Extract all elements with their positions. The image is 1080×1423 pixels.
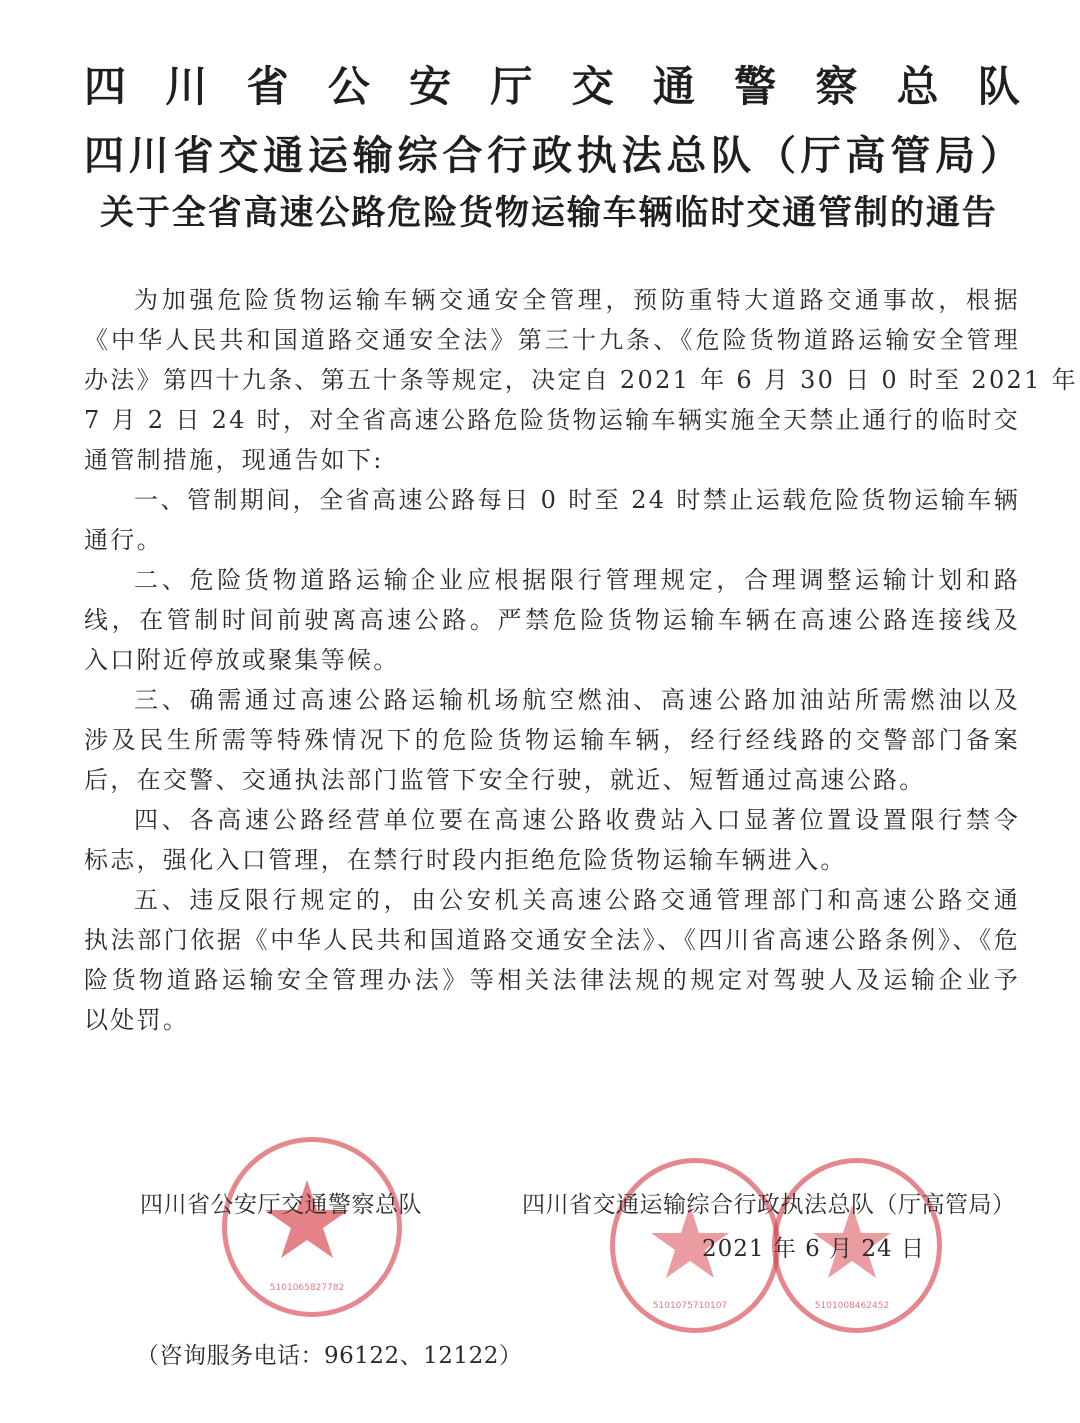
title-char: 安: [409, 66, 451, 108]
title-char: 通: [782, 196, 816, 230]
text-line: 五、违反限行规定的，由公安机关高速公路交通管理部门和高速公路交通: [84, 880, 1020, 920]
text-line: 为加强危险货物运输车辆交通安全管理，预防重特大道路交通事故，根据: [84, 280, 1020, 320]
title-char: 货: [459, 196, 493, 230]
text-line: 涉及民生所需等特殊情况下的危险货物运输车辆，经行经线路的交警部门备案: [84, 720, 1020, 760]
signature-transport: 四川省交通运输综合行政执法总队（厅高管局）: [522, 1186, 1016, 1219]
notice-subject-title: 关 于 全 省 高 速 公 路 危 险 货 物 运 输 车 辆 临 时 交 通 …: [100, 196, 996, 230]
title-char: 管: [818, 196, 852, 230]
text-line: 三、确需通过高速公路运输机场航空燃油、高速公路加油站所需燃油以及: [84, 680, 1020, 720]
title-char: 管: [890, 136, 930, 176]
svg-text:5101075710107: 5101075710107: [653, 1301, 727, 1311]
title-char: 险: [423, 196, 457, 230]
title-char: 执: [577, 136, 617, 176]
title-char: 行: [487, 136, 527, 176]
text-line: 后，在交警、交通执法部门监管下安全行驶，就近、短暂通过高速公路。: [84, 760, 1020, 800]
title-char: 厅: [490, 66, 532, 108]
text-line: 一、管制期间，全省高速公路每日 0 时至 24 时禁止运载危险货物运输车辆: [84, 480, 1020, 520]
text-line: 执法部门依据《中华人民共和国道路交通安全法》、《四川省高速公路条例》、《危: [84, 920, 1020, 960]
item-2-paragraph: 二、危险货物道路运输企业应根据限行管理规定，合理调整运输计划和路 线，在管制时间…: [84, 560, 1020, 680]
title-char: 总: [897, 66, 939, 108]
title-char: 临: [675, 196, 709, 230]
issuer-title-police: 四 川 省 公 安 厅 交 通 警 察 总 队: [84, 66, 1020, 108]
text-line: 二、危险货物道路运输企业应根据限行管理规定，合理调整运输计划和路: [84, 560, 1020, 600]
title-char: 总: [666, 136, 706, 176]
text-line: 四、各高速公路经营单位要在高速公路收费站入口显著位置设置限行禁令: [84, 800, 1020, 840]
title-char: 综: [398, 136, 438, 176]
text-line: 以处罚。: [84, 1000, 1020, 1040]
title-char: 政: [532, 136, 572, 176]
text-line: 通管制措施，现通告如下:: [84, 440, 1020, 480]
title-char: 运: [308, 136, 348, 176]
signature-police: 四川省公安厅交通警察总队: [140, 1186, 422, 1219]
contact-hotline: （咨询服务电话：96122、12122）: [136, 1337, 522, 1370]
text-line: 7 月 2 日 24 时，对全省高速公路危险货物运输车辆实施全天禁止通行的临时交: [84, 400, 1020, 440]
title-char: 法: [622, 136, 662, 176]
title-char: （: [756, 136, 796, 176]
title-char: 省: [208, 196, 242, 230]
intro-paragraph: 为加强危险货物运输车辆交通安全管理，预防重特大道路交通事故，根据 《中华人民共和…: [84, 280, 1020, 480]
title-char: 运: [531, 196, 565, 230]
item-5-paragraph: 五、违反限行规定的，由公安机关高速公路交通管理部门和高速公路交通 执法部门依据《…: [84, 880, 1020, 1040]
item-4-paragraph: 四、各高速公路经营单位要在高速公路收费站入口显著位置设置限行禁令 标志，强化入口…: [84, 800, 1020, 880]
title-char: 局: [935, 136, 975, 176]
title-char: 高: [846, 136, 886, 176]
title-char: 公: [315, 196, 349, 230]
title-char: 的: [890, 196, 924, 230]
title-char: 四: [84, 136, 124, 176]
title-char: 危: [387, 196, 421, 230]
text-line: 标志，强化入口管理，在禁行时段内拒绝危险货物运输车辆进入。: [84, 840, 1020, 880]
text-line: 线，在管制时间前驶离高速公路。严禁危险货物运输车辆在高速公路连接线及: [84, 600, 1020, 640]
title-char: 时: [710, 196, 744, 230]
title-char: 川: [129, 136, 169, 176]
title-char: 告: [962, 196, 996, 230]
title-char: 公: [328, 66, 370, 108]
seal-star-icon: 5101065827782: [227, 1142, 397, 1312]
issuer-title-transport: 四 川 省 交 通 运 输 综 合 行 政 执 法 总 队 （ 厅 高 管 局 …: [84, 136, 1020, 176]
title-char: 输: [567, 196, 601, 230]
title-char: 制: [854, 196, 888, 230]
title-char: 通: [926, 196, 960, 230]
title-char: 辆: [639, 196, 673, 230]
title-char: 察: [815, 66, 857, 108]
title-char: 省: [247, 66, 289, 108]
title-char: 全: [172, 196, 206, 230]
title-char: 路: [351, 196, 385, 230]
text-line: 入口附近停放或聚集等候。: [84, 640, 1020, 680]
text-line: 通行。: [84, 520, 1020, 560]
title-char: 交: [572, 66, 614, 108]
title-char: ）: [980, 136, 1020, 176]
text-line: 《中华人民共和国道路交通安全法》第三十九条、《危险货物道路运输安全管理: [84, 320, 1020, 360]
title-char: 合: [442, 136, 482, 176]
title-char: 警: [734, 66, 776, 108]
text-line: 办法》第四十九条、第五十条等规定，决定自 2021 年 6 月 30 日 0 时…: [84, 360, 1020, 400]
text-line: 险货物道路运输安全管理办法》等相关法律法规的规定对驾驶人及运输企业予: [84, 960, 1020, 1000]
svg-text:5101008462452: 5101008462452: [815, 1301, 889, 1311]
title-char: 速: [280, 196, 314, 230]
title-char: 交: [746, 196, 780, 230]
item-1-paragraph: 一、管制期间，全省高速公路每日 0 时至 24 时禁止运载危险货物运输车辆 通行…: [84, 480, 1020, 560]
title-char: 交: [218, 136, 258, 176]
title-char: 省: [174, 136, 214, 176]
title-char: 队: [711, 136, 751, 176]
notice-document: 四 川 省 公 安 厅 交 通 警 察 总 队 四 川 省 交 通 运 输 综 …: [0, 0, 1080, 1423]
title-char: 车: [603, 196, 637, 230]
title-char: 物: [495, 196, 529, 230]
title-char: 队: [978, 66, 1020, 108]
title-char: 厅: [801, 136, 841, 176]
title-char: 输: [353, 136, 393, 176]
title-char: 通: [263, 136, 303, 176]
title-char: 四: [84, 66, 126, 108]
title-char: 川: [165, 66, 207, 108]
notice-body: 为加强危险货物运输车辆交通安全管理，预防重特大道路交通事故，根据 《中华人民共和…: [84, 280, 1020, 1040]
title-char: 通: [653, 66, 695, 108]
svg-text:5101065827782: 5101065827782: [270, 1283, 344, 1293]
title-char: 于: [136, 196, 170, 230]
official-seal-police: 5101065827782: [222, 1137, 402, 1317]
title-char: 高: [244, 196, 278, 230]
issue-date: 2021 年 6 月 24 日: [702, 1230, 925, 1263]
title-char: 关: [100, 196, 134, 230]
item-3-paragraph: 三、确需通过高速公路运输机场航空燃油、高速公路加油站所需燃油以及 涉及民生所需等…: [84, 680, 1020, 800]
